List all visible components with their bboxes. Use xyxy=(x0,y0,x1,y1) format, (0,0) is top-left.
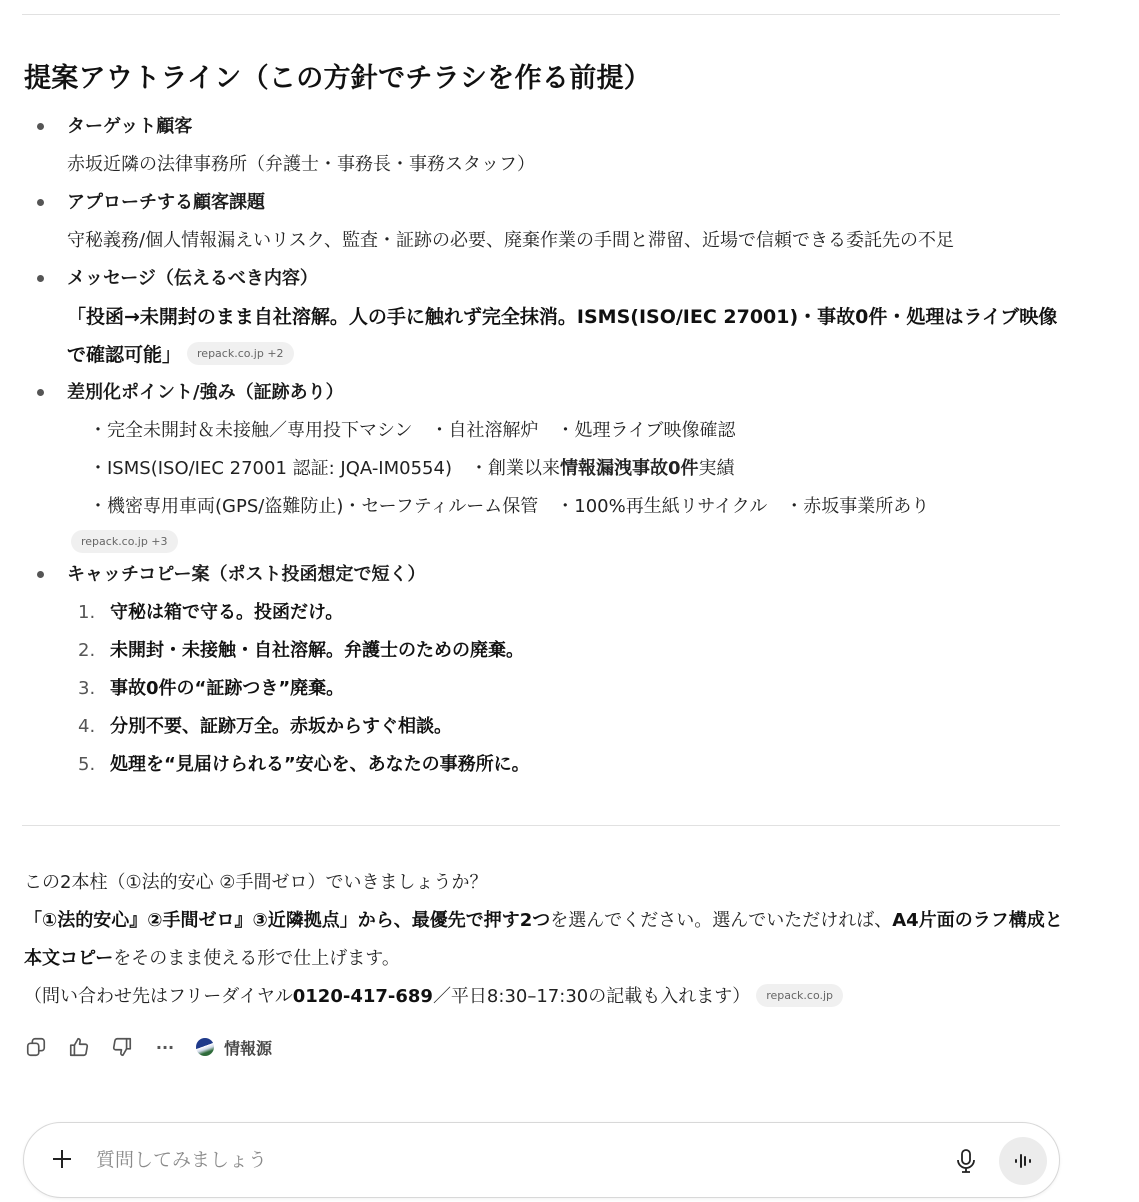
catchcopy-item: 3.事故0件の“証跡つき”廃棄。 xyxy=(78,670,1064,708)
closing-text-2: をそのまま使える形で仕上げます。 xyxy=(113,948,400,969)
item-number: 3. xyxy=(78,670,95,708)
source-chip[interactable]: repack.co.jp +3 xyxy=(71,530,178,553)
item-text: 分別不要、証跡万全。赤坂からすぐ相談。 xyxy=(110,716,452,737)
catchcopy-item: 2.未開封・未接触・自社溶解。弁護士のための廃棄。 xyxy=(78,632,1064,670)
catchcopy-item: 5.処理を“見届けられる”安心を、あなたの事務所に。 xyxy=(78,746,1064,784)
item-number: 1. xyxy=(78,594,95,632)
bullet-target: ターゲット顧客 xyxy=(24,108,1064,146)
source-chip[interactable]: repack.co.jp +2 xyxy=(187,342,294,365)
strengths-line-1: ・完全未開封＆未接触／専用投下マシン ・自社溶解炉 ・処理ライブ映像確認 xyxy=(24,412,1064,450)
copy-button[interactable] xyxy=(24,1035,48,1059)
catchcopy-heading: キャッチコピー案（ポスト投函想定で短く） xyxy=(67,564,426,585)
catchcopy-item: 4.分別不要、証跡万全。赤坂からすぐ相談。 xyxy=(78,708,1064,746)
closing-paragraph-2: 「①法的安心』②手間ゼロ』③近隣拠点」から、最優先で押す2つを選んでください。選… xyxy=(24,902,1064,978)
message-line-1: 「投函→未開封のまま自社溶解。人の手に触れず完全抹消。ISMS(ISO/IEC … xyxy=(24,298,1064,336)
item-number: 2. xyxy=(78,632,95,670)
catchcopy-item: 1.守秘は箱で守る。投函だけ。 xyxy=(78,594,1064,632)
thumbs-up-button[interactable] xyxy=(67,1035,91,1059)
contact-post: ／平日8:30–17:30の記載も入れます） xyxy=(433,986,750,1007)
closing-paragraph-3: （問い合わせ先はフリーダイヤル0120-417-689／平日8:30–17:30… xyxy=(24,978,1064,1016)
strengths-line-2-bold: 情報漏洩事故0件 xyxy=(560,458,699,479)
catchcopy-list: 1.守秘は箱で守る。投函だけ。 2.未開封・未接触・自社溶解。弁護士のための廃棄… xyxy=(24,594,1064,784)
strengths-line-2: ・ISMS(ISO/IEC 27001 認証: JQA-IM0554) ・創業以… xyxy=(24,450,1064,488)
contact-pre: （問い合わせ先はフリーダイヤル xyxy=(24,986,293,1007)
item-text: 事故0件の“証跡つき”廃棄。 xyxy=(110,678,344,699)
more-icon: ··· xyxy=(156,1038,174,1057)
bullet-dot xyxy=(37,199,44,206)
sources-button[interactable]: 情報源 xyxy=(196,1036,272,1059)
sources-label: 情報源 xyxy=(224,1036,272,1059)
item-number: 4. xyxy=(78,708,95,746)
thumbs-up-icon xyxy=(68,1036,90,1058)
target-body: 赤坂近隣の法律事務所（弁護士・事務長・事務スタッフ） xyxy=(24,146,1064,184)
item-text: 処理を“見届けられる”安心を、あなたの事務所に。 xyxy=(110,754,530,775)
bullet-dot xyxy=(37,389,44,396)
voice-waveform-icon xyxy=(1012,1150,1034,1172)
item-text: 守秘は箱で守る。投函だけ。 xyxy=(110,602,343,623)
contact-phone: 0120-417-689 xyxy=(293,986,433,1007)
more-button[interactable]: ··· xyxy=(153,1035,177,1059)
bullet-dot xyxy=(37,571,44,578)
source-chip[interactable]: repack.co.jp xyxy=(756,984,843,1007)
bullet-dot xyxy=(37,275,44,282)
issues-heading: アプローチする顧客課題 xyxy=(67,192,265,213)
issues-body: 守秘義務/個人情報漏えいリスク、監査・証跡の必要、廃棄作業の手間と滞留、近場で信… xyxy=(24,222,1064,260)
strengths-heading: 差別化ポイント/強み（証跡あり） xyxy=(67,382,344,403)
closing-line-1: この2本柱（①法的安心 ②手間ゼロ）でいきましょうか？ xyxy=(24,864,1064,902)
divider xyxy=(22,14,1060,15)
chat-input[interactable] xyxy=(96,1145,896,1175)
copy-icon xyxy=(25,1036,47,1058)
bullet-dot xyxy=(37,123,44,130)
closing-text-1: を選んでください。選んでいただければ、 xyxy=(550,910,892,931)
chat-page: 提案アウトライン（この方針でチラシを作る前提） ターゲット顧客 赤坂近隣の法律事… xyxy=(0,0,1139,1202)
microphone-icon[interactable] xyxy=(954,1148,978,1174)
outline-list: ターゲット顧客 赤坂近隣の法律事務所（弁護士・事務長・事務スタッフ） アプローチ… xyxy=(24,108,1064,784)
voice-mode-button[interactable] xyxy=(999,1137,1047,1185)
divider xyxy=(22,825,1060,826)
strengths-line-3: ・機密専用車両(GPS/盗難防止)・セーフティルーム保管 ・100%再生紙リサイ… xyxy=(24,488,1064,526)
message-line-2-text: で確認可能」 xyxy=(67,344,181,366)
message-line-2: で確認可能」repack.co.jp +2 xyxy=(24,336,1064,374)
closing-text: この2本柱（①法的安心 ②手間ゼロ）でいきましょうか？ 「①法的安心』②手間ゼロ… xyxy=(24,864,1064,1016)
closing-bold-1: 「①法的安心』②手間ゼロ』③近隣拠点」から、最優先で押す2つ xyxy=(24,910,550,931)
thumbs-down-button[interactable] xyxy=(110,1035,134,1059)
bullet-strengths: 差別化ポイント/強み（証跡あり） xyxy=(24,374,1064,412)
plus-icon[interactable] xyxy=(50,1147,74,1171)
item-number: 5. xyxy=(78,746,95,784)
chat-composer xyxy=(23,1122,1060,1198)
target-heading: ターゲット顧客 xyxy=(67,116,192,137)
strengths-line-2-pre: ・ISMS(ISO/IEC 27001 認証: JQA-IM0554) ・創業以… xyxy=(89,458,560,479)
bullet-issues: アプローチする顧客課題 xyxy=(24,184,1064,222)
strengths-line-2-post: 実績 xyxy=(699,458,735,479)
bullet-message: メッセージ（伝えるべき内容） xyxy=(24,260,1064,298)
thumbs-down-icon xyxy=(111,1036,133,1058)
message-heading: メッセージ（伝えるべき内容） xyxy=(67,268,318,289)
bullet-catchcopy: キャッチコピー案（ポスト投函想定で短く） xyxy=(24,556,1064,594)
response-actions: ··· 情報源 xyxy=(24,1032,272,1062)
strengths-source-row: repack.co.jp +3 xyxy=(24,526,1064,556)
item-text: 未開封・未接触・自社溶解。弁護士のための廃棄。 xyxy=(110,640,524,661)
outline-title: 提案アウトライン（この方針でチラシを作る前提） xyxy=(24,56,651,95)
source-logo-icon xyxy=(196,1038,214,1056)
